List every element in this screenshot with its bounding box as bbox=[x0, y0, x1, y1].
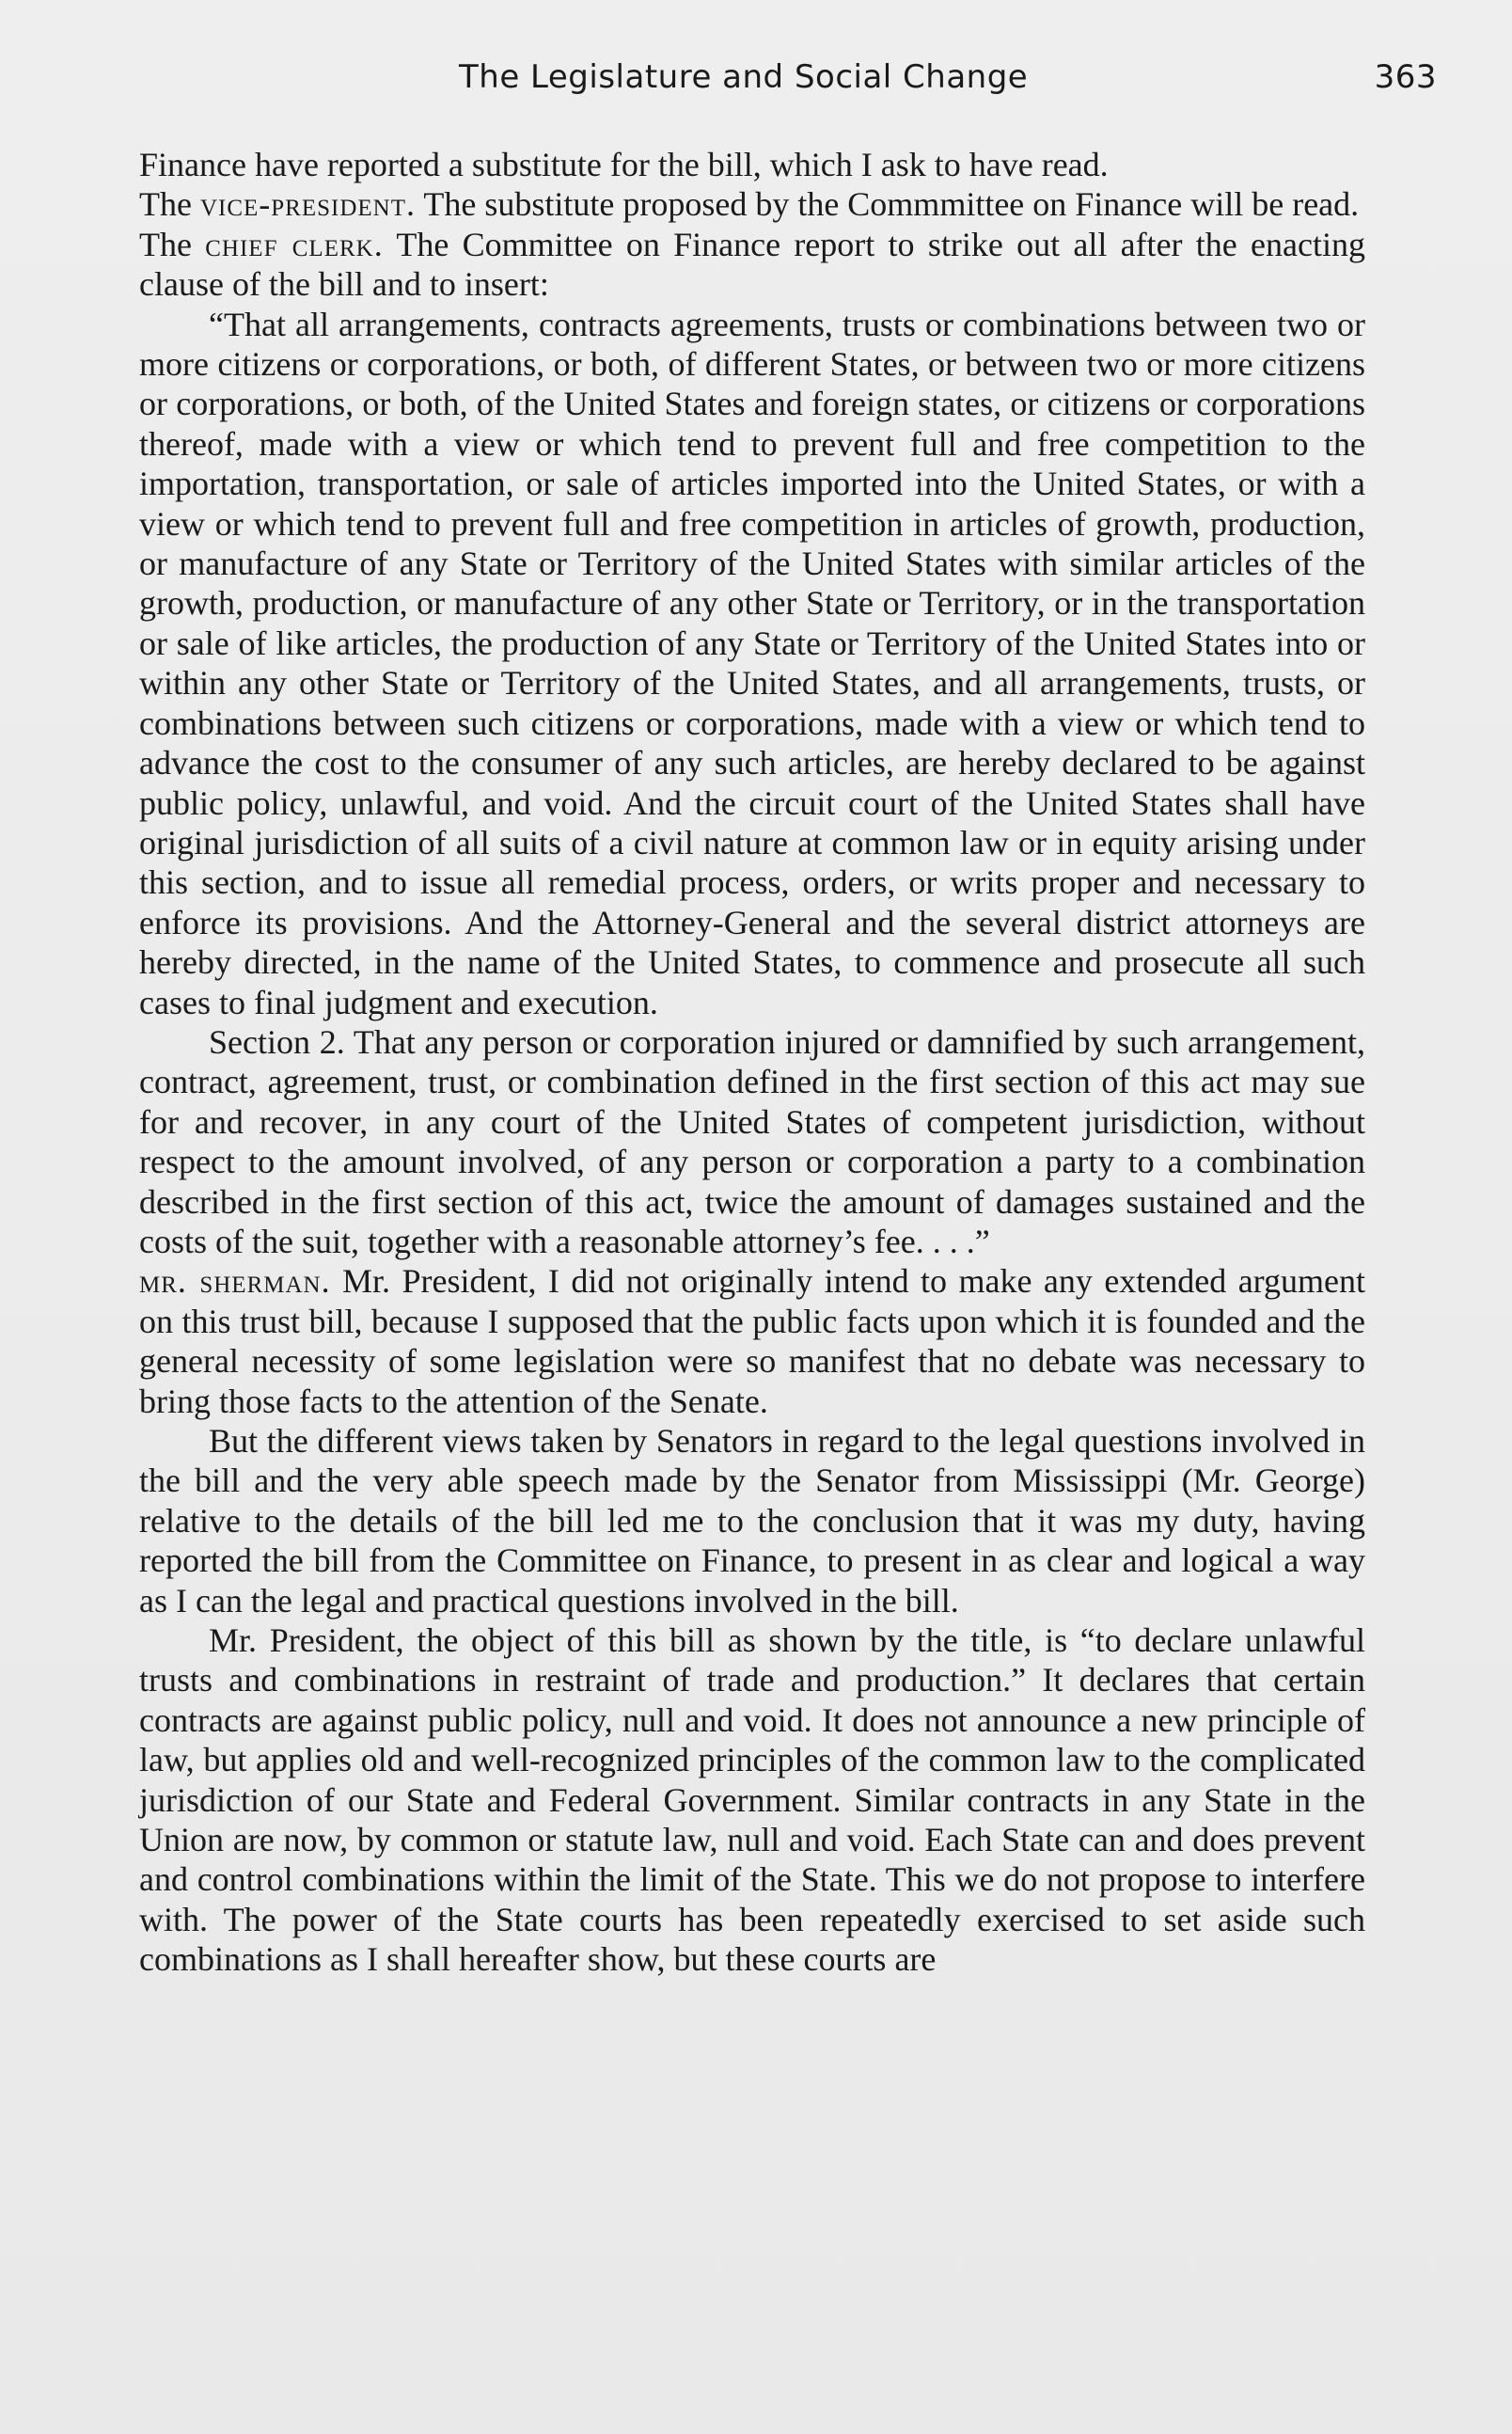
speaker-paragraph-vice-president: The vice-president. The substitute propo… bbox=[139, 184, 1365, 224]
page-number: 363 bbox=[1375, 58, 1437, 96]
quoted-bill-section-2: Section 2. That any person or corporatio… bbox=[139, 1022, 1365, 1261]
quoted-bill-section-1: “That all arrangements, contracts agreem… bbox=[139, 305, 1365, 1022]
paragraph: Finance have reported a substitute for t… bbox=[139, 145, 1365, 184]
book-page: The Legislature and Social Change 363 Fi… bbox=[0, 0, 1512, 2434]
speaker-name: chief clerk. bbox=[205, 226, 383, 263]
paragraph: Mr. President, the object of this bill a… bbox=[139, 1620, 1365, 1980]
speaker-name: vice-president. bbox=[200, 185, 416, 223]
speaker-name: mr. sherman. bbox=[139, 1262, 331, 1300]
speaker-paragraph-sherman: mr. sherman. Mr. President, I did not or… bbox=[139, 1261, 1365, 1421]
chapter-title: The Legislature and Social Change bbox=[459, 58, 1028, 96]
speaker-paragraph-chief-clerk: The chief clerk. The Committee on Financ… bbox=[139, 225, 1365, 305]
body-text: Finance have reported a substitute for t… bbox=[139, 145, 1365, 1980]
running-head: The Legislature and Social Change 363 bbox=[459, 58, 1437, 105]
paragraph: But the different views taken by Senator… bbox=[139, 1421, 1365, 1620]
